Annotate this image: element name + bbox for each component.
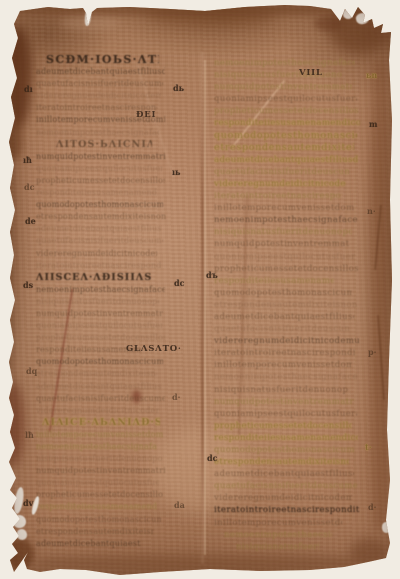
text-line: propheticumessetetdocensillosibi [36,332,165,344]
text-line: quoniamipseestquilocutusfuerat [36,477,159,489]
text-line: videreregnumdeidicitnicodemus [214,335,360,347]
stain [4,26,32,128]
margin-notation: t· [365,442,371,452]
margin-notation: p· [368,347,376,357]
text-line: adeumetdicebantquiaestfiliusdei [36,381,162,393]
text-line: ΛITOS·ЬΛICNIΛ·ÐΕ [56,139,152,151]
margin-notation: da [174,500,185,510]
margin-notation: dı [24,84,33,94]
stain [38,554,362,570]
text-line: adeumetdicebantquiaestfiliusdei [36,538,141,550]
text-line: quoniamipseestquilocutusfuerat [36,163,162,175]
text-line: etrespondensautemdixiteisnonne [36,368,157,380]
margin-notation: dc [174,278,184,288]
text-line: nisiquisnatusfueritdenuonopotest [214,226,352,238]
text-line: quomodopotesthomonascicumsenex [36,514,161,526]
text-line: quomodopotesthomonascicumsenex [36,356,163,368]
text-line: propheticumessetetdocensillosibi [36,175,165,187]
text-line: nisiquisnatusfueritdenuonopotest [214,384,349,396]
margin-notation: ıь [172,167,180,177]
text-line: responditeiiesusamenamendicotibi [36,344,141,356]
text-line: nisiquisnatusfueritdenuonopotest [36,296,159,308]
center-fold-highlight [204,60,206,555]
margin-notation: dc [207,453,217,463]
text-line: etrespondensautemdixiteisnonne [214,456,349,468]
manuscript-photo: SCÐM·IOЬS·ΛTIMadeumetdicebantquiaestfili… [0,0,400,579]
text-line: quomodopotesthomonascicumsenex [214,130,357,142]
text-line: ΛIΛICΕ·ΛЬΛNIΛÐ·SIC [42,417,160,429]
left-text-column: SCÐM·IOЬS·ΛTIMadeumetdicebantquiaestfili… [36,54,170,550]
text-line: videreregnumdeidicitnicodemus [214,178,346,190]
stain [6,538,34,570]
text-line: adeumetdicebantquiaestfiliusdei [214,468,354,480]
text-line: quomodopotesthomonascicumsenex [36,199,163,211]
hole [13,515,26,528]
text-line: propheticumessetetdocensillosibi [36,489,163,501]
stain [370,60,390,530]
text-line: iteratointroireetnascirespondit [214,504,360,516]
text-line: iteratointroireetnascirespondit [214,190,342,202]
text-line: adeumetdicebantquiaestfiliusdei [36,223,161,235]
text-line: responditeiiesusamenamendicotibi [36,501,157,513]
text-line: quaetufacisnisifueritdeuscumeo [214,323,349,335]
text-line: etrespondensautemdixiteisnonne [214,142,354,154]
text-line: quaetufacisnisifueritdeuscumeo [214,166,349,178]
text-line: numquidpotestinventremmatris [214,238,349,250]
margin-notation: ьn [366,70,377,80]
text-line: videreregnumdeidicitnicodemus [36,248,157,260]
text-line: inillotemporecumvenissetdominus [214,517,342,529]
stain [0,60,14,390]
margin-notation: dь [173,83,184,93]
margin-notation: ds [23,280,33,290]
margin-notation: d· [368,502,376,512]
text-line: videreregnumdeidicitnicodemus [214,492,352,504]
text-line: quoniamipseestquilocutusfuerat [214,93,357,105]
text-line: responditeiiesusamenamendicotibi [214,275,334,287]
text-line: ΛIISCΕΛ·ΛÐISIIΛS [36,272,163,284]
stain [314,16,342,31]
margin-notation: dc [24,182,34,192]
text-line: quaetufacisnisifueritdeuscumeo [214,480,357,492]
text-line: nemoenimpotesthaecsignafacere [36,284,165,296]
text-line: nemoenimpotesthaecsignafacere [214,214,357,226]
margin-notation: dъ [206,270,218,280]
text-line: quoniamipseestquilocutusfuerat [214,251,355,263]
text-line: numquidpotestinventremmatris [36,151,166,163]
stain [18,4,382,16]
margin-notation: m [369,119,377,129]
text-line: etrespondensautemdixiteisnonne [36,526,154,538]
text-line: etrespondensautemdixiteisnonne [36,211,166,223]
text-line: quomodopotesthomonascicumsenex [214,287,352,299]
text-line: responditeiiesusamenamendicotibi [214,117,360,129]
text-line: nisiquisnatusfueritdenuonopotest [36,453,162,465]
text-line: iteratointroireetnascirespondit [214,347,355,359]
stain [5,118,23,160]
text-line: nemoenimpotesthaecsignafacere [36,127,159,139]
text-line: quoniamipseestquilocutusfuerat [36,320,162,332]
text-line: adeumetdicebantquiaestfiliusdei [214,154,358,166]
text-line: etrespondensautemdixiteisnonne [214,299,357,311]
hole [369,9,377,18]
text-line: propheticumessetetdocensillosibi [214,420,352,432]
text-line: numquidpotestinventremmatris [214,396,354,408]
text-line: iteratointroireetnascirespondit [36,260,162,272]
text-line: inillotemporecumvenissetdominus [214,359,352,371]
text-line: quoniamipseestquilocutusfuerat [214,408,357,420]
text-line: inillotemporecumvenissetdominus [214,202,354,214]
text-line: propheticumessetetdocensillosibi [214,263,358,275]
parchment-leaf: SCÐM·IOЬS·ΛTIMadeumetdicebantquiaestfili… [0,0,400,579]
margin-notation: d· [172,392,180,402]
text-line: quaetufacisnisifueritdeuscumeo [36,393,165,405]
dark-ink-word: ÐΕI [136,110,156,120]
text-line: adeumetdicebantquiaestfiliusdei [36,66,165,78]
text-line: quaetufacisnisifueritdeuscumeo [36,78,163,90]
text-line: nisiquisnatusfueritdenuonopotest [236,541,319,553]
text-line: inillotemporecumvenissetdominus [36,429,163,441]
text-line: responditeiiesusamenamendicotibi [214,432,358,444]
stain [2,382,24,466]
margin-notation: n· [367,206,376,216]
text-line: videreregnumdeidicitnicodemus [36,90,161,102]
margin-notation: dq [26,366,37,376]
text-line: nisiquisnatusfueritdenuonopotest [214,69,343,81]
text-line: propheticumessetetdocensillosibi [214,105,358,117]
text-line: nemoenimpotesthaecsignafacere [214,371,357,383]
margin-notation: lħ [25,430,34,440]
text-line: numquidpotestinventremmatris [36,308,163,320]
text-line: nemoenimpotesthaecsignafacere [36,441,157,453]
worn-light-patch [60,16,120,30]
margin-notation: de [25,216,36,226]
right-text-column: nemoenimpotesthaecsignafacerenisiquisnat… [214,57,364,553]
text-line: adeumetdicebantquiaestfiliusdei [214,311,354,323]
text-line: nemoenimpotesthaecsignafacere [224,529,332,541]
dark-ink-word: VIIL [299,68,323,78]
text-line: responditeiiesusamenamendicotibi [36,187,157,199]
margin-notation: ıħ [23,155,32,165]
dark-ink-word: GLΛSΛTO· [126,344,182,354]
text-line: videreregnumdeidicitnicodemus [36,405,159,417]
column-heading-line: SCÐM·IOЬS·ΛTIM [46,54,159,66]
hole [382,522,391,533]
text-line: numquidpotestinventremmatris [214,81,352,93]
text-line: numquidpotestinventremmatris [36,465,165,477]
text-line: nemoenimpotesthaecsignafacere [214,57,355,69]
text-line: quomodopotesthomonascicumsenex [214,444,355,456]
text-line: quaetufacisnisifueritdeuscumeo [36,235,163,247]
